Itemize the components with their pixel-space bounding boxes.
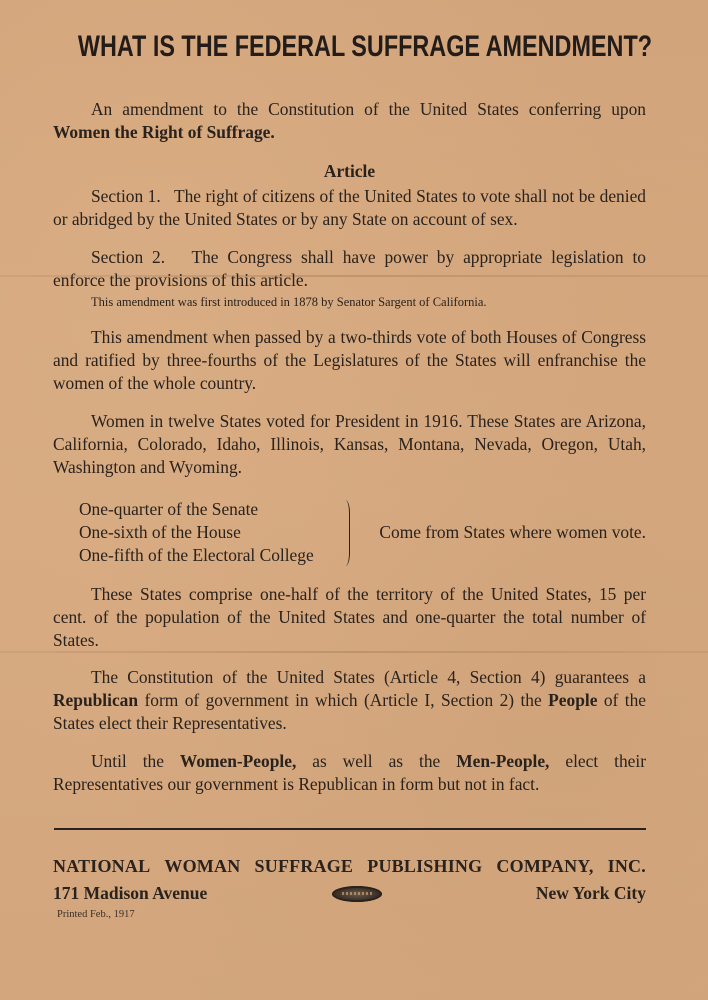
article-heading: Article [53, 160, 646, 183]
intro-paragraph: An amendment to the Constitution of the … [53, 98, 646, 144]
representation-bracket-block: One-quarter of the Senate One-sixth of t… [79, 498, 646, 568]
until-paragraph: Until the Women-People, as well as the M… [53, 750, 646, 796]
territory-paragraph: These States comprise one-half of the te… [53, 583, 646, 652]
section-1: Section 1. The right of citizens of the … [53, 185, 646, 231]
representation-conclusion: Come from States where women vote. [379, 521, 646, 544]
men-people-bold: Men-People, [456, 751, 549, 771]
ratification-text: This amendment when passed by a two-thir… [53, 326, 646, 395]
address-row: 171 Madison Avenue New York City [53, 883, 646, 904]
ratification-paragraph: This amendment when passed by a two-thir… [53, 326, 646, 395]
constitution-text-1: The Constitution of the United States (A… [91, 667, 646, 687]
intro-text: An amendment to the Constitution of the … [91, 99, 646, 119]
people-bold: People [548, 690, 597, 710]
women-people-bold: Women-People, [180, 751, 296, 771]
representation-item: One-sixth of the House [79, 521, 314, 544]
publisher-word: WOMAN [164, 856, 240, 877]
states-paragraph: Women in twelve States voted for Preside… [53, 410, 646, 479]
representation-list: One-quarter of the Senate One-sixth of t… [79, 498, 314, 567]
until-text-1: Until the [91, 751, 180, 771]
publisher-city: New York City [536, 883, 646, 904]
curly-bracket-icon [341, 500, 350, 566]
document-title: WHAT IS THE FEDERAL SUFFRAGE AMENDMENT? [78, 30, 630, 64]
section-1-label: Section 1. [91, 186, 161, 206]
territory-text: These States comprise one-half of the te… [53, 583, 646, 652]
publisher-word: INC. [608, 856, 646, 877]
amendment-note: This amendment was first introduced in 1… [53, 294, 646, 310]
publisher-word: NATIONAL [53, 856, 150, 877]
constitution-text-2: form of government in which (Article I, … [138, 690, 548, 710]
republican-bold: Republican [53, 690, 138, 710]
section-2: Section 2. The Congress shall have power… [53, 246, 646, 292]
constitution-paragraph: The Constitution of the United States (A… [53, 666, 646, 735]
publisher-word: PUBLISHING [367, 856, 482, 877]
amendment-note-text: This amendment was first introduced in 1… [53, 294, 646, 310]
publisher-word: SUFFRAGE [255, 856, 354, 877]
intro-bold: Women the Right of Suffrage. [53, 122, 275, 142]
until-text-2: as well as the [296, 751, 456, 771]
article-heading-text: Article [324, 161, 375, 181]
section-2-label: Section 2. [91, 247, 165, 267]
representation-item: One-quarter of the Senate [79, 498, 314, 521]
publisher-address: 171 Madison Avenue [53, 883, 207, 904]
publisher-name: NATIONAL WOMAN SUFFRAGE PUBLISHING COMPA… [53, 856, 646, 877]
footer-divider [54, 828, 646, 830]
states-text: Women in twelve States voted for Preside… [53, 410, 646, 479]
union-label-seal-icon [332, 886, 382, 902]
printed-date: Printed Feb., 1917 [57, 909, 135, 920]
representation-item: One-fifth of the Electoral College [79, 544, 314, 567]
publisher-word: COMPANY, [496, 856, 593, 877]
